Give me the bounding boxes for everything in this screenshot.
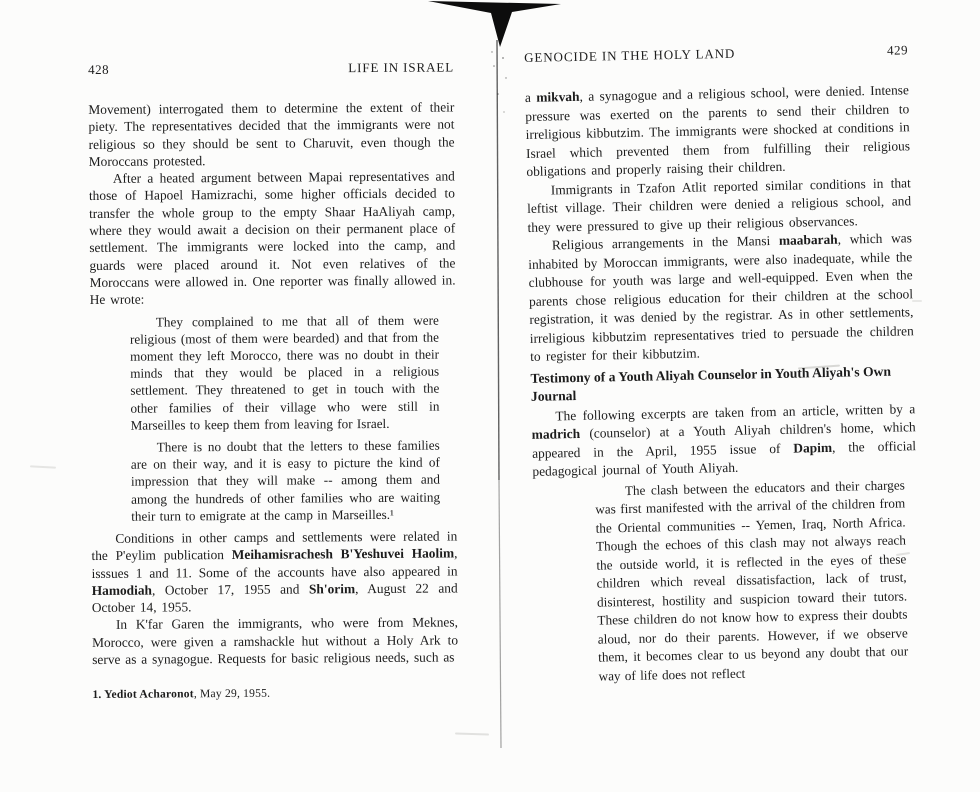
paragraph: After a heated argument between Mapai re… xyxy=(89,168,456,309)
paragraph: Immigrants in Tzafon Atlit reported simi… xyxy=(527,174,912,237)
section-heading: Testimony of a Youth Aliyah Counselor in… xyxy=(530,362,915,407)
footnote: 1. Yediot Acharonot, May 29, 1955. xyxy=(92,686,458,702)
gutter-fold-shadow xyxy=(428,1,561,47)
left-page-body: Movement) interrogated them to determine… xyxy=(88,98,458,668)
scan-speckles xyxy=(491,51,506,112)
gutter-crease-line-lower xyxy=(499,480,501,748)
paragraph: Conditions in other camps and settlement… xyxy=(91,527,458,616)
right-page-body: a mikvah, a synagogue and a religious sc… xyxy=(525,81,921,687)
paragraph: Religious arrangements in the Mansi maab… xyxy=(528,229,915,366)
paragraph: Movement) interrogated them to determine… xyxy=(88,98,454,170)
scan-smudge xyxy=(30,465,56,468)
block-quote: There is no doubt that the letters to th… xyxy=(131,437,441,525)
gutter-crease-line xyxy=(497,40,499,480)
block-quote: The clash between the educators and thei… xyxy=(595,476,909,686)
left-running-head: LIFE IN ISRAEL xyxy=(348,59,454,76)
left-page-header: 428 LIFE IN ISRAEL xyxy=(88,59,454,78)
right-page-number: 429 xyxy=(887,42,908,58)
left-page-number: 428 xyxy=(88,62,109,78)
right-page: GENOCIDE IN THE HOLY LAND 429 a mikvah, … xyxy=(524,42,921,687)
right-running-head: GENOCIDE IN THE HOLY LAND xyxy=(524,46,735,66)
paragraph: In K'far Garen the immigrants, who were … xyxy=(92,614,458,668)
scan-smudge xyxy=(455,732,489,735)
paragraph: a mikvah, a synagogue and a religious sc… xyxy=(525,81,911,181)
scan-smudge xyxy=(912,300,922,302)
block-quote: They complained to me that all of them w… xyxy=(130,311,440,434)
right-page-header: GENOCIDE IN THE HOLY LAND 429 xyxy=(524,42,908,66)
left-page: 428 LIFE IN ISRAEL Movement) interrogate… xyxy=(88,59,458,701)
paragraph: The following excerpts are taken from an… xyxy=(531,400,916,482)
